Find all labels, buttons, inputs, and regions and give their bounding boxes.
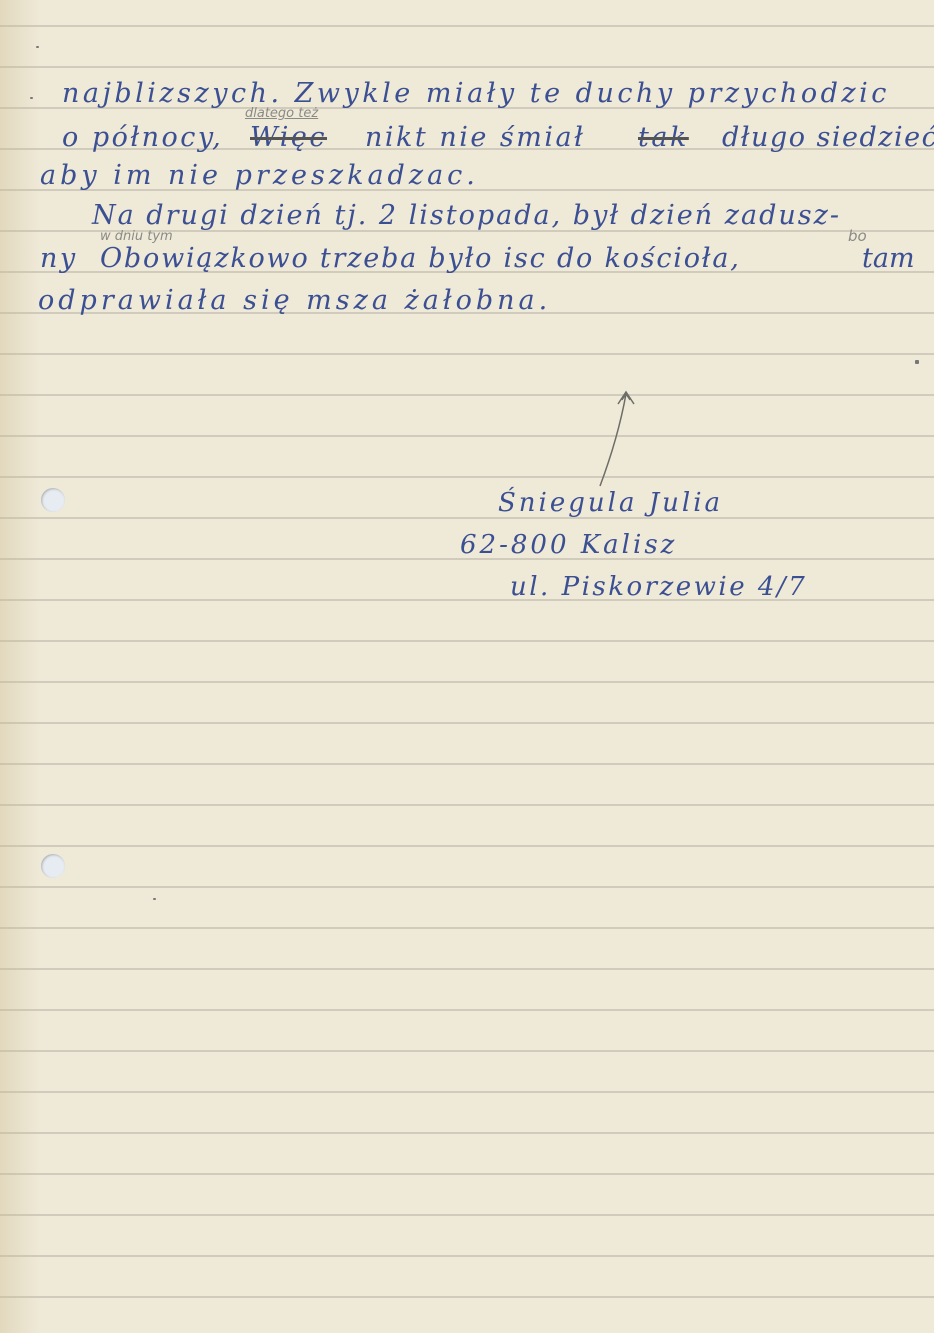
punch-hole-bottom <box>41 854 65 878</box>
struck-word-tak: tak <box>638 124 689 151</box>
ink-speck <box>915 360 919 364</box>
signature-city: 62-800 Kalisz <box>460 532 677 558</box>
ink-speck <box>36 46 39 48</box>
punch-hole-top <box>41 488 65 512</box>
text-line-1: najblizszych. Zwykle miały te duchy przy… <box>62 80 890 107</box>
pencil-correction-line5-right: bo <box>848 229 867 244</box>
text-line-5b: Obowiązkowo trzeba było isc do kościoła, <box>100 245 741 272</box>
ink-speck <box>153 898 156 900</box>
struck-word-wiec: Więc <box>250 124 327 151</box>
text-line-5c: tam <box>862 245 915 272</box>
pencil-correction-line5: w dniu tym <box>100 230 173 243</box>
signature-street: ul. Piskorzewie 4/7 <box>510 574 807 600</box>
text-line-2c: długo siedzieć <box>722 124 934 151</box>
signature-name: Śniegula Julia <box>498 490 723 516</box>
text-line-2b: nikt nie śmiał <box>365 124 585 151</box>
pencil-arrow-icon <box>596 388 636 488</box>
text-line-5a: ny <box>40 245 78 272</box>
pencil-correction-line2: dlatego też <box>245 107 318 120</box>
ink-speck <box>30 97 33 99</box>
paper-page: najblizszych. Zwykle miały te duchy przy… <box>0 0 934 1333</box>
text-line-4: Na drugi dzień tj. 2 listopada, był dzie… <box>92 202 841 229</box>
text-line-2a: o północy, <box>62 124 223 151</box>
text-line-3: aby im nie przeszkadzac. <box>40 162 479 189</box>
text-line-6: odprawiała się msza żałobna. <box>38 287 551 314</box>
